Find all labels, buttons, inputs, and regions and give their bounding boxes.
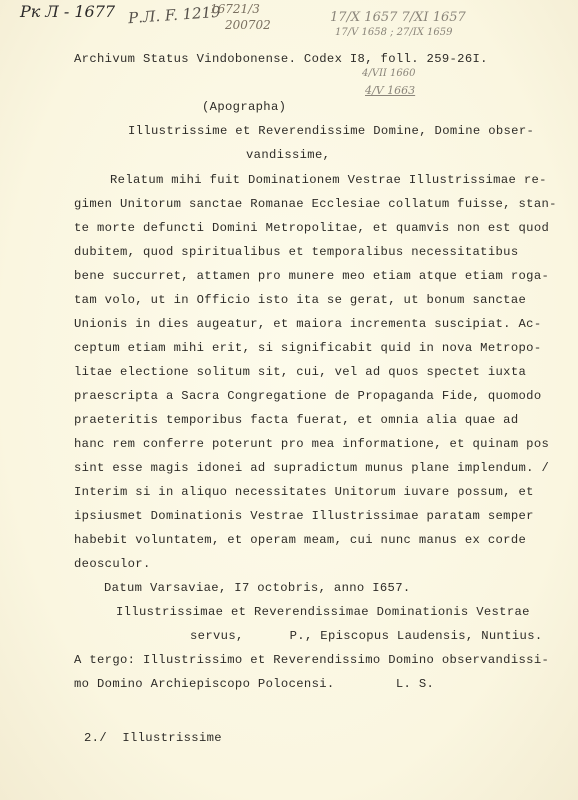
handwritten-catalog: Р.Л. F. 1219 xyxy=(127,3,221,27)
document-page: Рк Л - 1677 Р.Л. F. 1219 16721/3 200702 … xyxy=(0,0,578,800)
closing-date: Datum Varsaviae, I7 octobris, anno I657. xyxy=(104,581,411,595)
body-line: deosculor. xyxy=(74,557,151,571)
closing-signature: servus, P., Episcopus Laudensis, Nuntius… xyxy=(190,629,543,643)
body-line: bene succurret, attamen pro munere meo e… xyxy=(74,269,549,283)
document-subtitle: (Apographa) xyxy=(202,100,286,114)
handwritten-dates-3: 4/VII 1660 xyxy=(362,68,415,79)
body-line: praeteritis temporibus facta fuerat, et … xyxy=(74,413,519,427)
body-line: gimen Unitorum sanctae Romanae Ecclesiae… xyxy=(74,197,557,211)
next-item-marker: 2./ Illustrissime xyxy=(84,731,222,745)
body-line: Unionis in dies augeatur, et maiora incr… xyxy=(74,317,542,331)
body-line: habebit voluntatem, et operam meam, cui … xyxy=(74,533,526,547)
body-line: te morte defuncti Domini Metropolitae, e… xyxy=(74,221,549,235)
handwritten-dates-1: 17/X 1657 7/XI 1657 xyxy=(330,10,466,25)
body-line: tam volo, ut in Officio isto ita se gera… xyxy=(74,293,526,307)
body-line: praescripta a Sacra Congregatione de Pro… xyxy=(74,389,542,403)
handwritten-number-bottom: 200702 xyxy=(225,18,271,32)
archive-source: Archivum Status Vindobonense. Codex I8, … xyxy=(74,52,488,66)
salutation-line-2: vandissime, xyxy=(246,148,330,162)
body-line: litae electione solitum sit, cui, vel ad… xyxy=(74,365,526,379)
handwritten-reference: Рк Л - 1677 xyxy=(20,2,115,21)
body-line: ipsiusmet Dominationis Vestrae Illustris… xyxy=(74,509,534,523)
body-line: hanc rem conferre poterunt pro mea infor… xyxy=(74,437,549,451)
body-line: Relatum mihi fuit Dominationem Vestrae I… xyxy=(110,173,547,187)
body-line: dubitem, quod spiritualibus et temporali… xyxy=(74,245,519,259)
handwritten-dates-4: 4/V 1663 xyxy=(365,84,415,97)
handwritten-number-top: 16721/3 xyxy=(210,2,260,16)
body-line: sint esse magis idonei ad supradictum mu… xyxy=(74,461,549,475)
address-line-2: mo Domino Archiepiscopo Polocensi. L. S. xyxy=(74,677,434,691)
body-line: ceptum etiam mihi erit, si significabit … xyxy=(74,341,542,355)
body-line: Interim si in aliquo necessitates Unitor… xyxy=(74,485,534,499)
salutation-line-1: Illustrissime et Reverendissime Domine, … xyxy=(128,124,534,138)
handwritten-dates-2: 17/V 1658 ; 27/IX 1659 xyxy=(335,27,452,38)
closing-formula: Illustrissimae et Reverendissimae Domina… xyxy=(116,605,530,619)
address-line-1: A tergo: Illustrissimo et Reverendissimo… xyxy=(74,653,549,667)
